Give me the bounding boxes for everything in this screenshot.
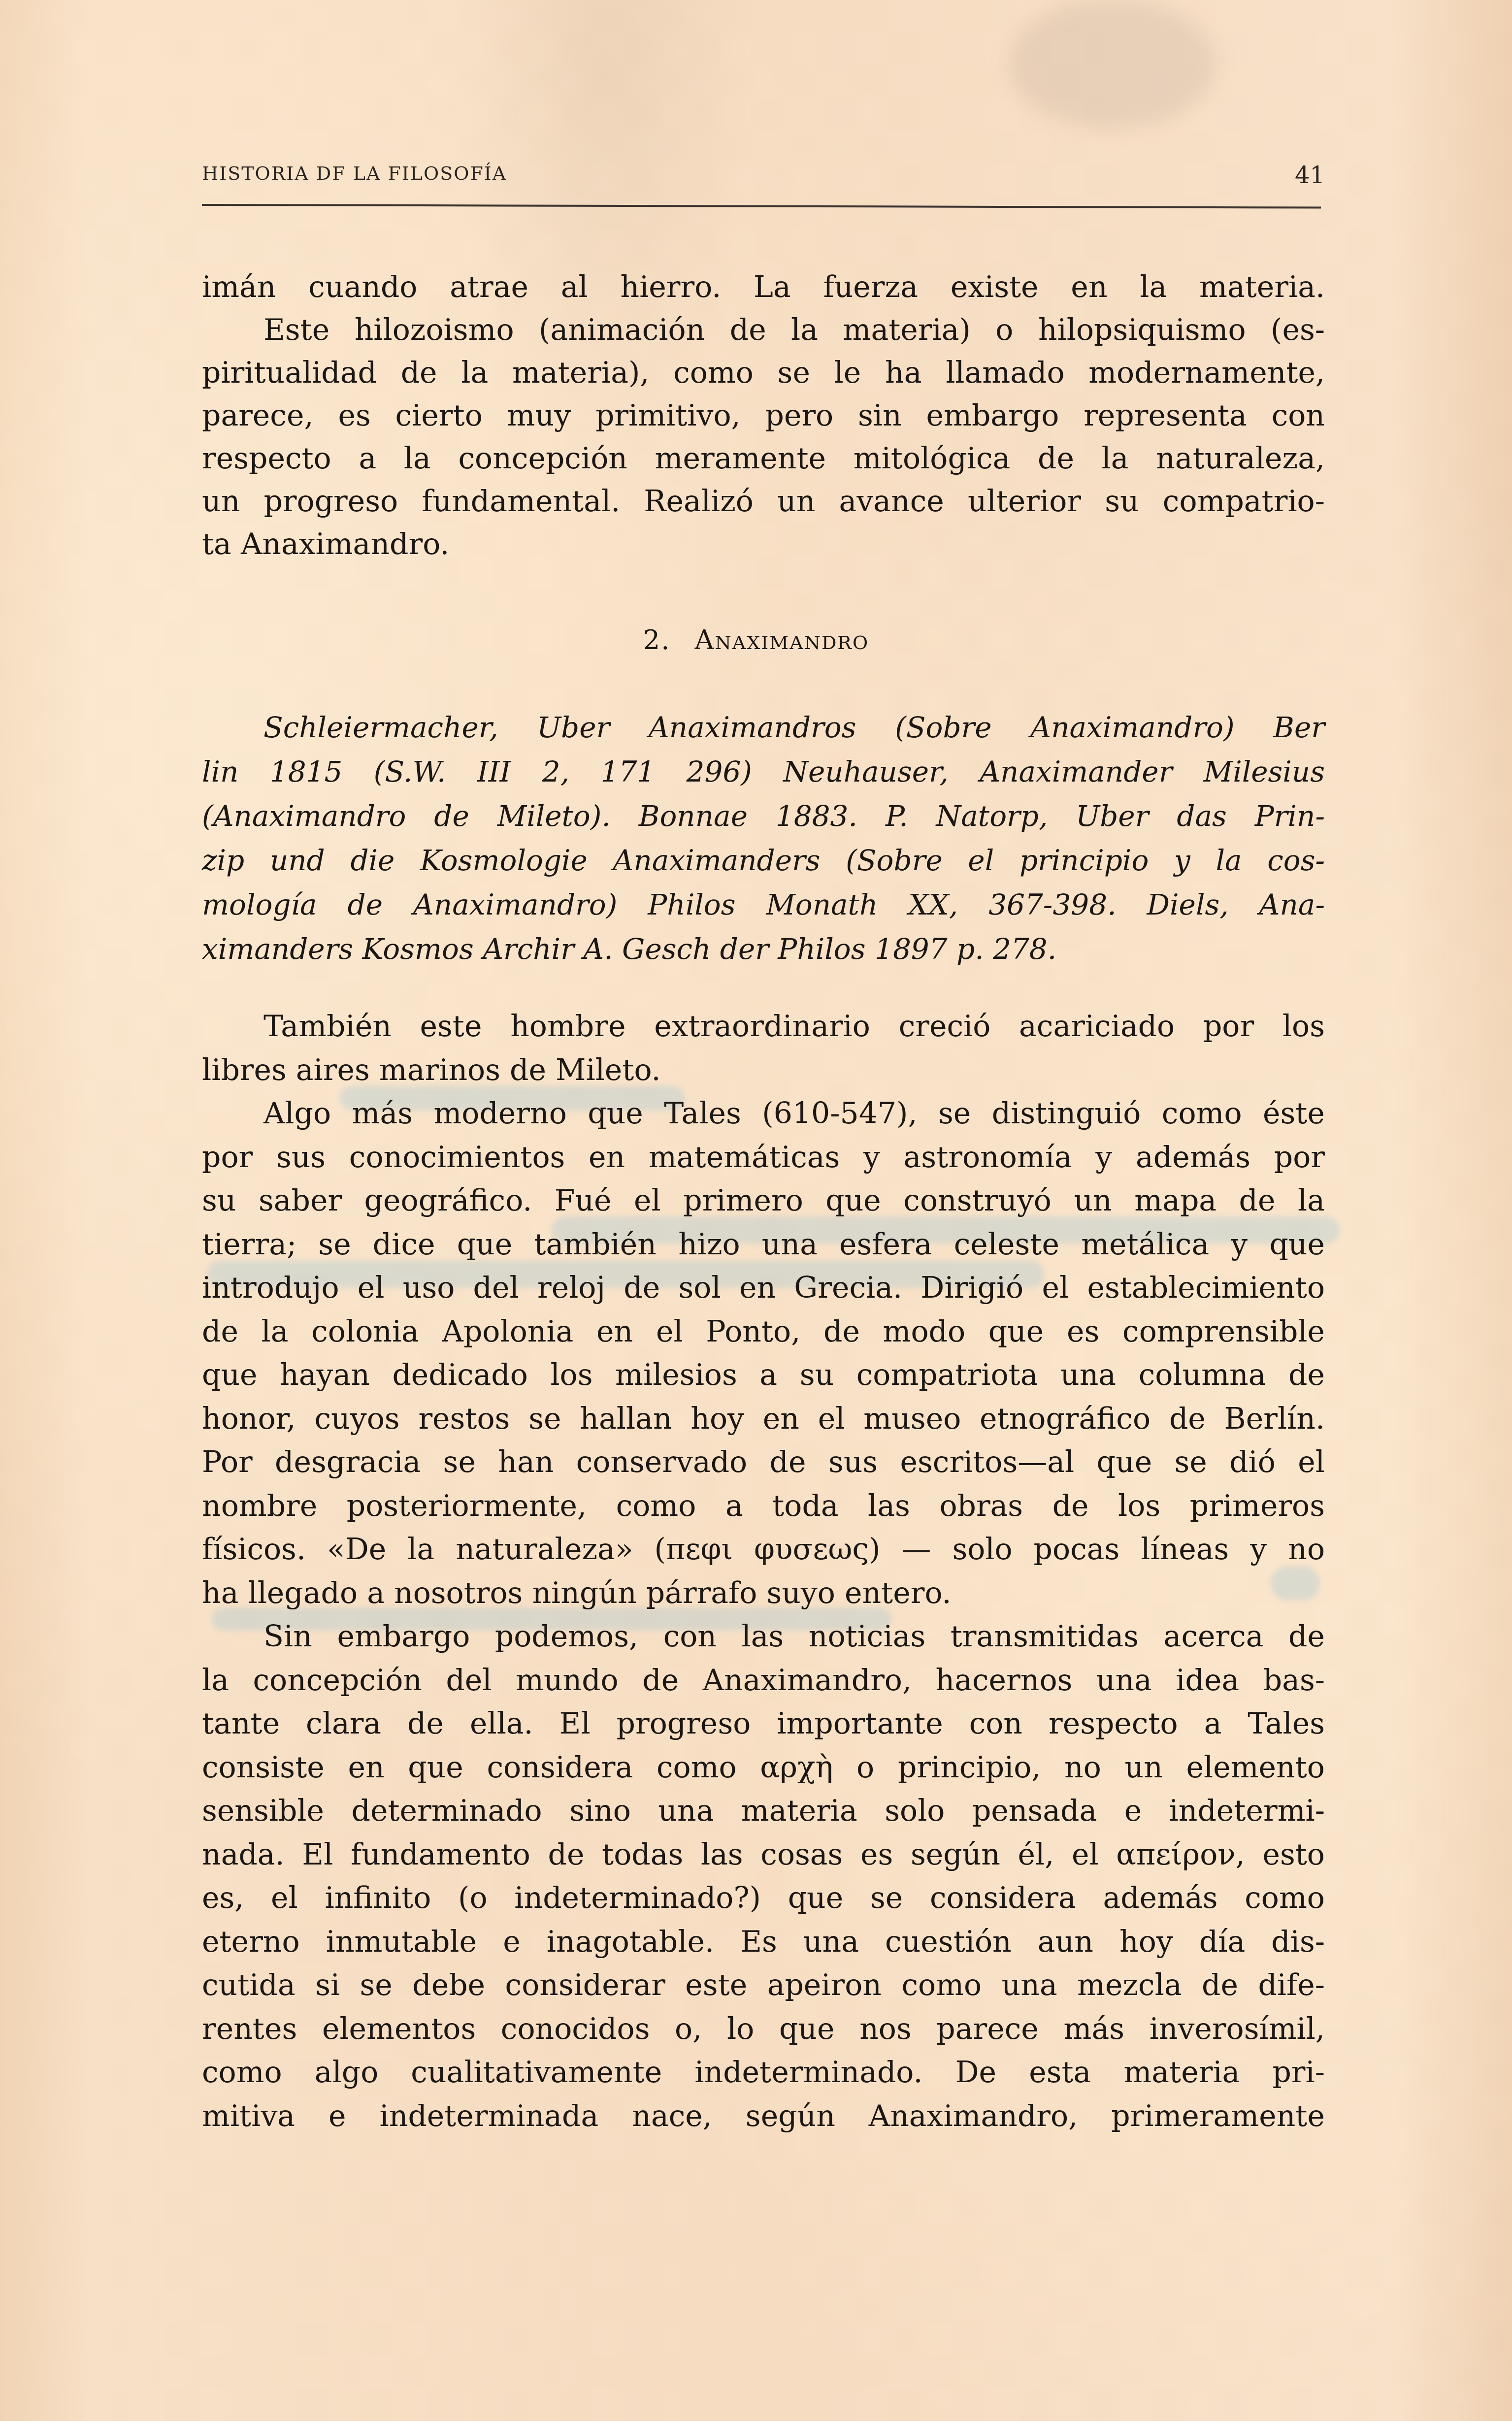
section-number: 2. — [643, 624, 671, 655]
text-line: Algo más moderno que Tales (610-547), se… — [202, 1092, 1325, 1136]
text-line: respecto a la concepción meramente mitol… — [202, 437, 1325, 480]
text-line: ta Anaximandro. — [202, 523, 1325, 566]
book-page: HISTORIA DF LA FILOSOFÍA 41 imán cuando … — [0, 0, 1512, 2421]
text-line: que hayan dedicado los milesios a su com… — [202, 1353, 1325, 1397]
text-line: imán cuando atrae al hierro. La fuerza e… — [202, 266, 1325, 309]
biblio-line: zip und die Kosmologie Anaximanders (Sob… — [202, 838, 1325, 883]
text-line: nada. El fundamento de todas las cosas e… — [202, 1833, 1325, 1877]
text-line: Por desgracia se han conservado de sus e… — [202, 1440, 1325, 1484]
text-line: parece, es cierto muy primitivo, pero si… — [202, 394, 1325, 437]
text-line: introdujo el uso del reloj de sol en Gre… — [202, 1266, 1325, 1310]
section-heading: 2. Anaximandro — [0, 624, 1512, 655]
text-line: honor, cuyos restos se hallan hoy en el … — [202, 1397, 1325, 1441]
text-line: piritualidad de la materia), como se le … — [202, 352, 1325, 394]
text-line: como algo cualitativamente indeterminado… — [202, 2051, 1325, 2094]
text-line: físicos. «De la naturaleza» (πεφι φυσεως… — [202, 1528, 1325, 1571]
text-line: tante clara de ella. El progreso importa… — [202, 1702, 1325, 1746]
biblio-line: Schleiermacher, Uber Anaximandros (Sobre… — [202, 705, 1325, 750]
text-line: eterno inmutable e inagotable. Es una cu… — [202, 1920, 1325, 1964]
text-line: libres aires marinos de Mileto. — [202, 1048, 1325, 1092]
paragraph: Algo más moderno que Tales (610-547), se… — [202, 1092, 1325, 1615]
text-line: ha llegado a nosotros ningún párrafo suy… — [202, 1571, 1325, 1615]
biblio-line: mología de Anaximandro) Philos Monath XX… — [202, 883, 1325, 927]
text-line: tierra; se dice que también hizo una esf… — [202, 1223, 1325, 1267]
text-line: rentes elementos conocidos o, lo que nos… — [202, 2007, 1325, 2051]
text-line: la concepción del mundo de Anaximandro, … — [202, 1659, 1325, 1702]
text-line: consiste en que considera como αρχὴ o pr… — [202, 1746, 1325, 1790]
text-line: mitiva e indeterminada nace, según Anaxi… — [202, 2094, 1325, 2138]
running-head: HISTORIA DF LA FILOSOFÍA 41 — [202, 159, 1325, 188]
text-line: de la colonia Apolonia en el Ponto, de m… — [202, 1310, 1325, 1354]
text-line: su saber geográfico. Fué el primero que … — [202, 1179, 1325, 1223]
text-line: por sus conocimientos en matemáticas y a… — [202, 1136, 1325, 1179]
intro-paragraph: imán cuando atrae al hierro. La fuerza e… — [202, 266, 1325, 566]
biblio-line: ximanders Kosmos Archir A. Gesch der Phi… — [202, 927, 1325, 971]
text-line: Sin embargo podemos, con las noticias tr… — [202, 1615, 1325, 1659]
paper-smudge — [1010, 0, 1216, 128]
header-rule — [202, 204, 1321, 209]
text-line: Este hilozoismo (animación de la materia… — [202, 309, 1325, 352]
text-line: un progreso fundamental. Realizó un avan… — [202, 480, 1325, 523]
text-line: También este hombre extraordinario creci… — [202, 1005, 1325, 1048]
page-number: 41 — [1295, 162, 1325, 189]
text-line: es, el infinito (o indeterminado?) que s… — [202, 1876, 1325, 1920]
text-line: cutida si se debe considerar este apeiro… — [202, 1963, 1325, 2007]
paragraph: Sin embargo podemos, con las noticias tr… — [202, 1615, 1325, 2138]
biblio-line: (Anaximandro de Mileto). Bonnae 1883. P.… — [202, 794, 1325, 838]
section-title: Anaximandro — [695, 624, 869, 655]
text-line: sensible determinado sino una materia so… — [202, 1789, 1325, 1833]
main-text: También este hombre extraordinario creci… — [202, 1005, 1325, 2138]
paragraph: También este hombre extraordinario creci… — [202, 1005, 1325, 1092]
bibliography: Schleiermacher, Uber Anaximandros (Sobre… — [202, 705, 1325, 971]
biblio-line: lin 1815 (S.W. III 2, 171 296) Neuhauser… — [202, 750, 1325, 794]
running-title: HISTORIA DF LA FILOSOFÍA — [202, 163, 507, 184]
text-line: nombre posteriormente, como a toda las o… — [202, 1484, 1325, 1528]
